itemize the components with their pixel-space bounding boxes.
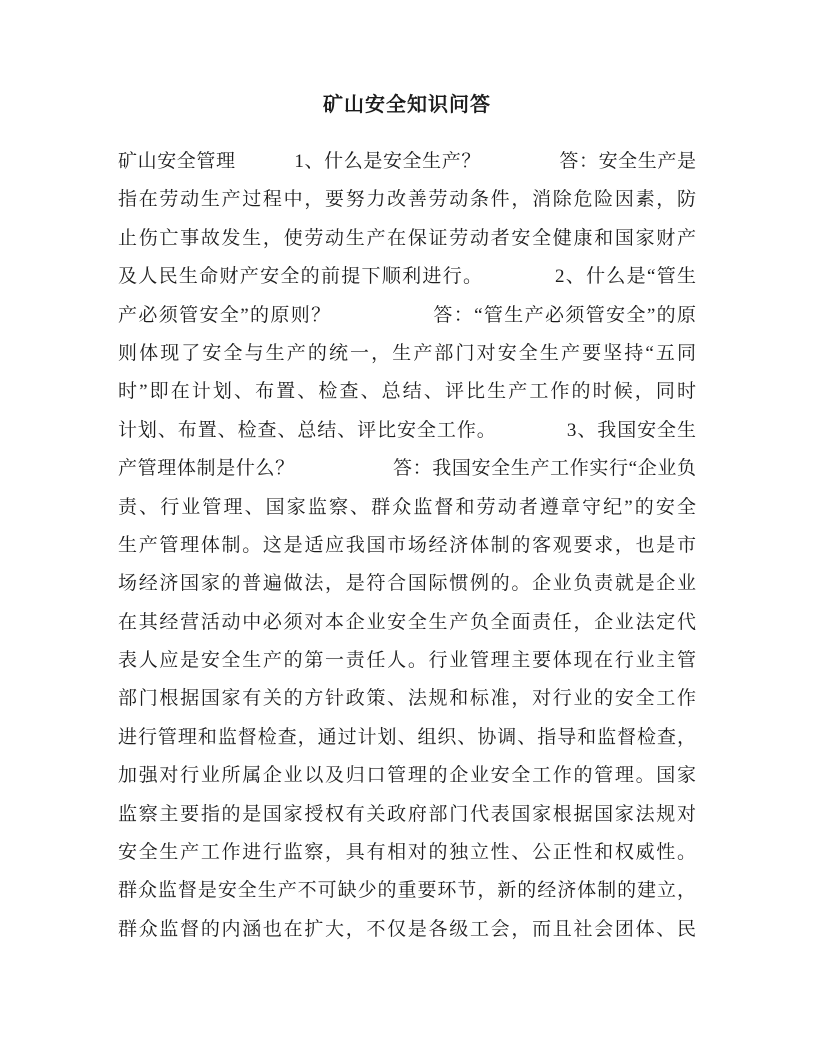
text-line: 计划、布置、检查、总结、评比安全工作。 3、我国安全生 [118,412,696,450]
text-line: 监察主要指的是国家授权有关政府部门代表国家根据国家法规对 [118,796,696,834]
text-line: 安全生产工作进行监察，具有相对的独立性、公正性和权威性。 [118,834,696,872]
text-line: 时”即在计划、布置、检查、总结、评比生产工作的时候，同时 [118,373,696,411]
text-line: 产必须管安全”的原则？ 答：“管生产必须管安全”的原 [118,297,696,335]
text-line: 部门根据国家有关的方针政策、法规和标准，对行业的安全工作 [118,680,696,718]
text-line: 产管理体制是什么？ 答：我国安全生产工作实行“企业负 [118,450,696,488]
text-line: 加强对行业所属企业以及归口管理的企业安全工作的管理。国家 [118,757,696,795]
text-line: 在其经营活动中必须对本企业安全生产负全面责任，企业法定代 [118,604,696,642]
document-page: 矿山安全知识问答 矿山安全管理 1、什么是安全生产？ 答：安全生产是指在劳动生产… [0,0,816,1056]
document-content: 矿山安全知识问答 矿山安全管理 1、什么是安全生产？ 答：安全生产是指在劳动生产… [0,0,816,949]
text-line: 矿山安全管理 1、什么是安全生产？ 答：安全生产是 [118,143,696,181]
document-title: 矿山安全知识问答 [118,90,696,120]
text-line: 止伤亡事故发生，使劳动生产在保证劳动者安全健康和国家财产 [118,220,696,258]
text-line: 生产管理体制。这是适应我国市场经济体制的客观要求，也是市 [118,527,696,565]
text-line: 群众监督是安全生产不可缺少的重要环节，新的经济体制的建立， [118,872,696,910]
text-line: 群众监督的内涵也在扩大，不仅是各级工会，而且社会团体、民 [118,911,696,949]
text-line: 场经济国家的普遍做法，是符合国际惯例的。企业负责就是企业 [118,565,696,603]
text-line: 表人应是安全生产的第一责任人。行业管理主要体现在行业主管 [118,642,696,680]
text-line: 进行管理和监督检查，通过计划、组织、协调、指导和监督检查， [118,719,696,757]
text-line: 则体现了安全与生产的统一，生产部门对安全生产要坚持“五同 [118,335,696,373]
document-body: 矿山安全管理 1、什么是安全生产？ 答：安全生产是指在劳动生产过程中，要努力改善… [118,143,696,949]
text-line: 责、行业管理、国家监察、群众监督和劳动者遵章守纪”的安全 [118,489,696,527]
text-line: 及人民生命财产安全的前提下顺利进行。 2、什么是“管生 [118,258,696,296]
text-line: 指在劳动生产过程中，要努力改善劳动条件，消除危险因素，防 [118,181,696,219]
